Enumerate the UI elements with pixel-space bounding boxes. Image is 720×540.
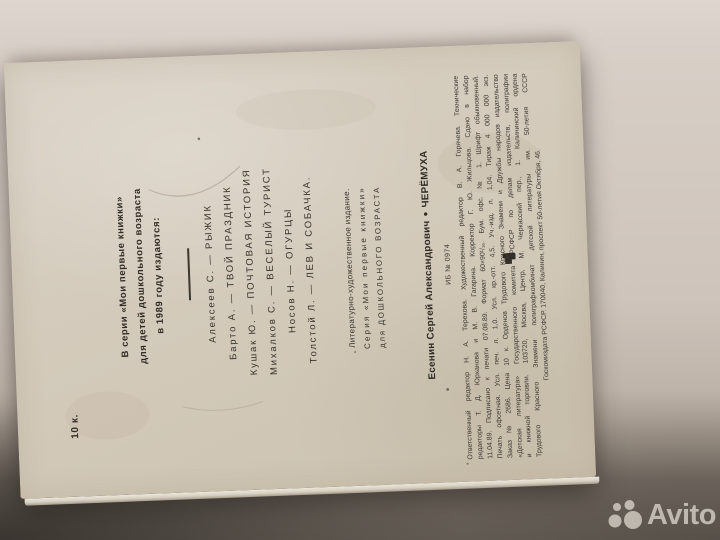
photo-scene: 10 к. В серии «Мои первые книжки» для де… — [0, 0, 720, 540]
price-label: 10 к. — [69, 414, 81, 439]
page-content: 10 к. В серии «Мои первые книжки» для де… — [4, 41, 596, 499]
watermark-text: Avito — [647, 495, 716, 535]
bullet-separator-icon: ● — [421, 207, 430, 220]
book-back-page: 10 к. В серии «Мои первые книжки» для де… — [4, 41, 596, 499]
book-title: ЧЕРЁМУХА — [419, 150, 432, 207]
avito-watermark: Avito — [598, 495, 716, 535]
avito-logo-icon — [598, 495, 644, 535]
series-announcement-heading: В серии «Мои первые книжки» для детей до… — [106, 57, 177, 495]
book-list: Алексеев С. — РЫЖИК Барто А. — ТВОЙ ПРАЗ… — [193, 51, 330, 491]
colophon-block: Ответственный редактор Н. А. Терехова. Х… — [452, 73, 556, 460]
author-name: Есенин Сергей Александрович — [421, 220, 438, 379]
separator-rule — [187, 248, 190, 300]
imprint-block: Литературно-художественное издание. Сери… — [334, 49, 396, 486]
